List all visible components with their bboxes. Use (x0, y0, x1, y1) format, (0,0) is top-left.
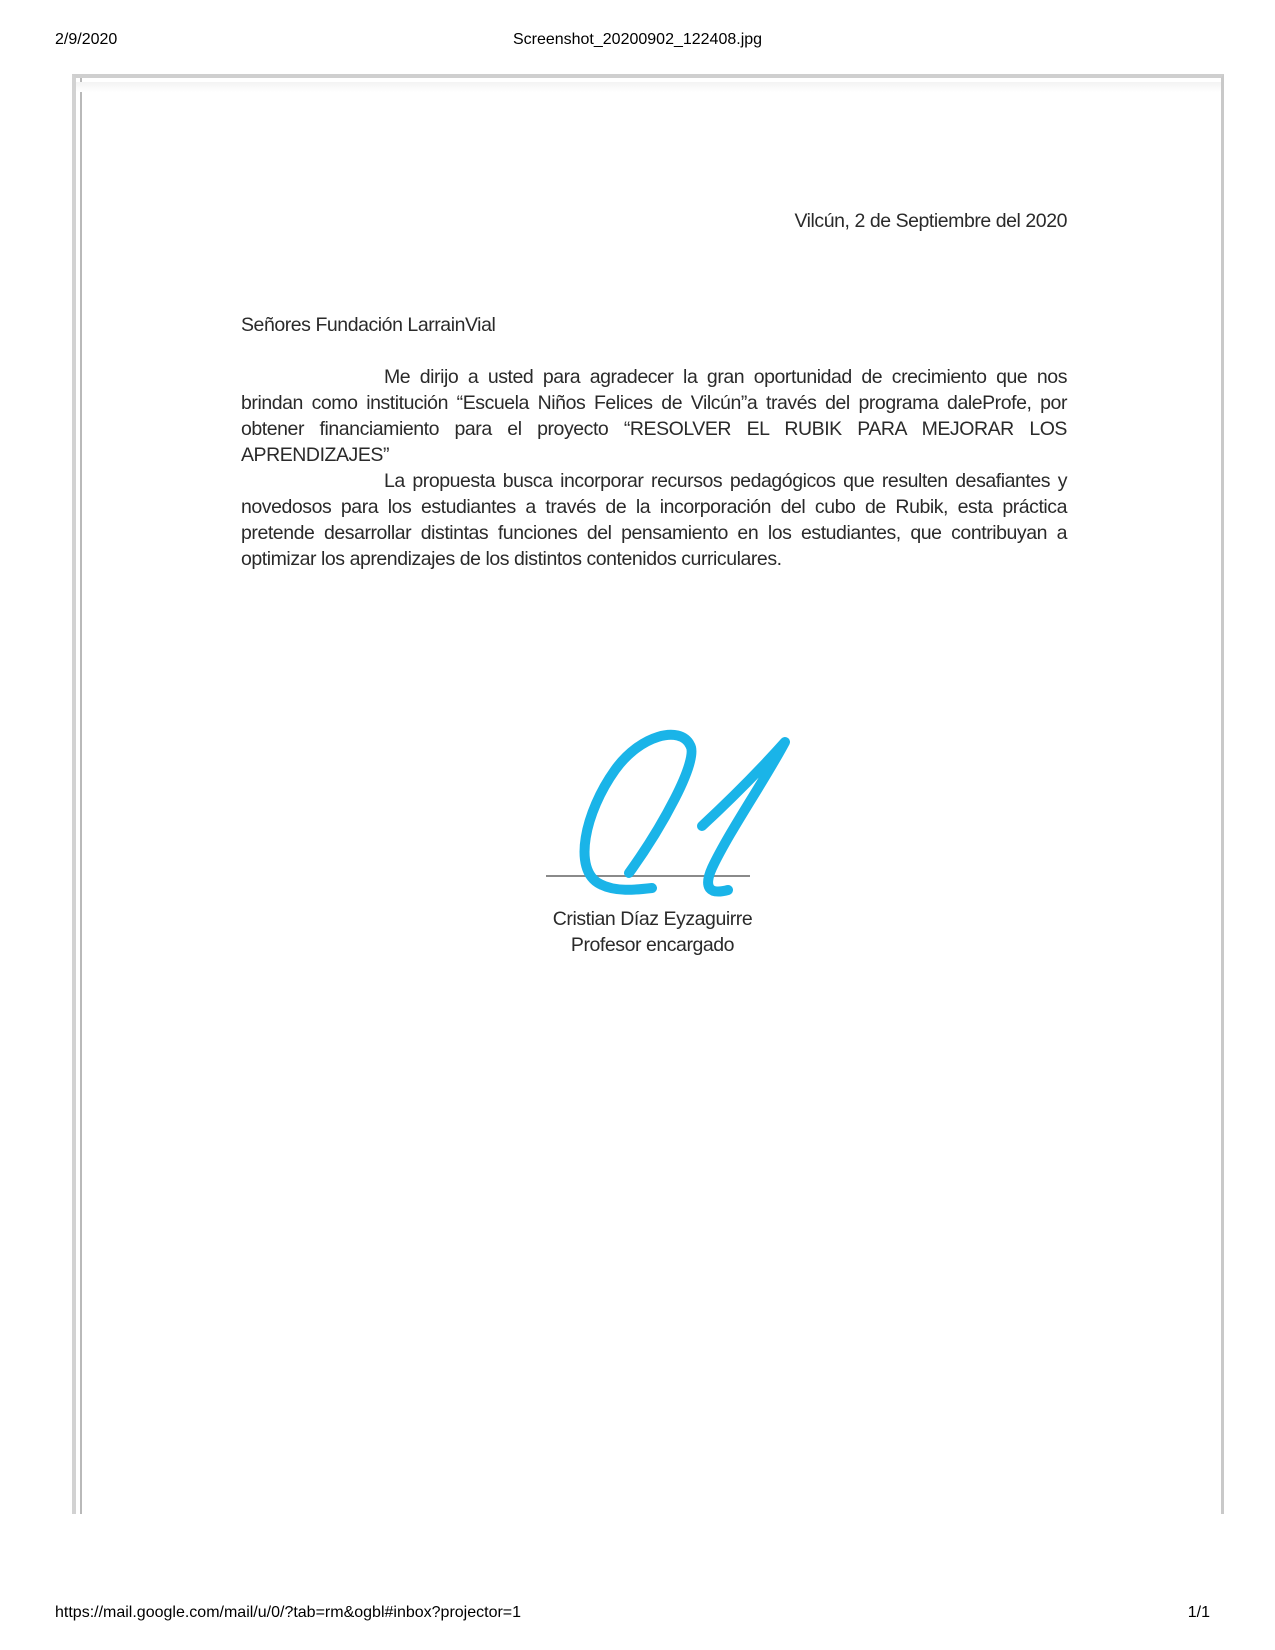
letter-paragraph-2: La propuesta busca incorporar recursos p… (241, 468, 1067, 572)
print-header-title: Screenshot_20200902_122408.jpg (0, 31, 1275, 49)
document-frame (72, 74, 1224, 1514)
letter-paragraph-1: Me dirijo a usted para agradecer la gran… (241, 364, 1067, 468)
print-footer-url: https://mail.google.com/mail/u/0/?tab=rm… (55, 1604, 521, 1622)
signer-title: Profesor encargado (500, 934, 805, 957)
print-footer-page: 1/1 (1188, 1604, 1210, 1622)
signer-name: Cristian Díaz Eyzaguirre (500, 908, 805, 931)
letter-date: Vilcún, 2 de Septiembre del 2020 (794, 210, 1067, 233)
letter-salutation: Señores Fundación LarrainVial (241, 314, 495, 337)
